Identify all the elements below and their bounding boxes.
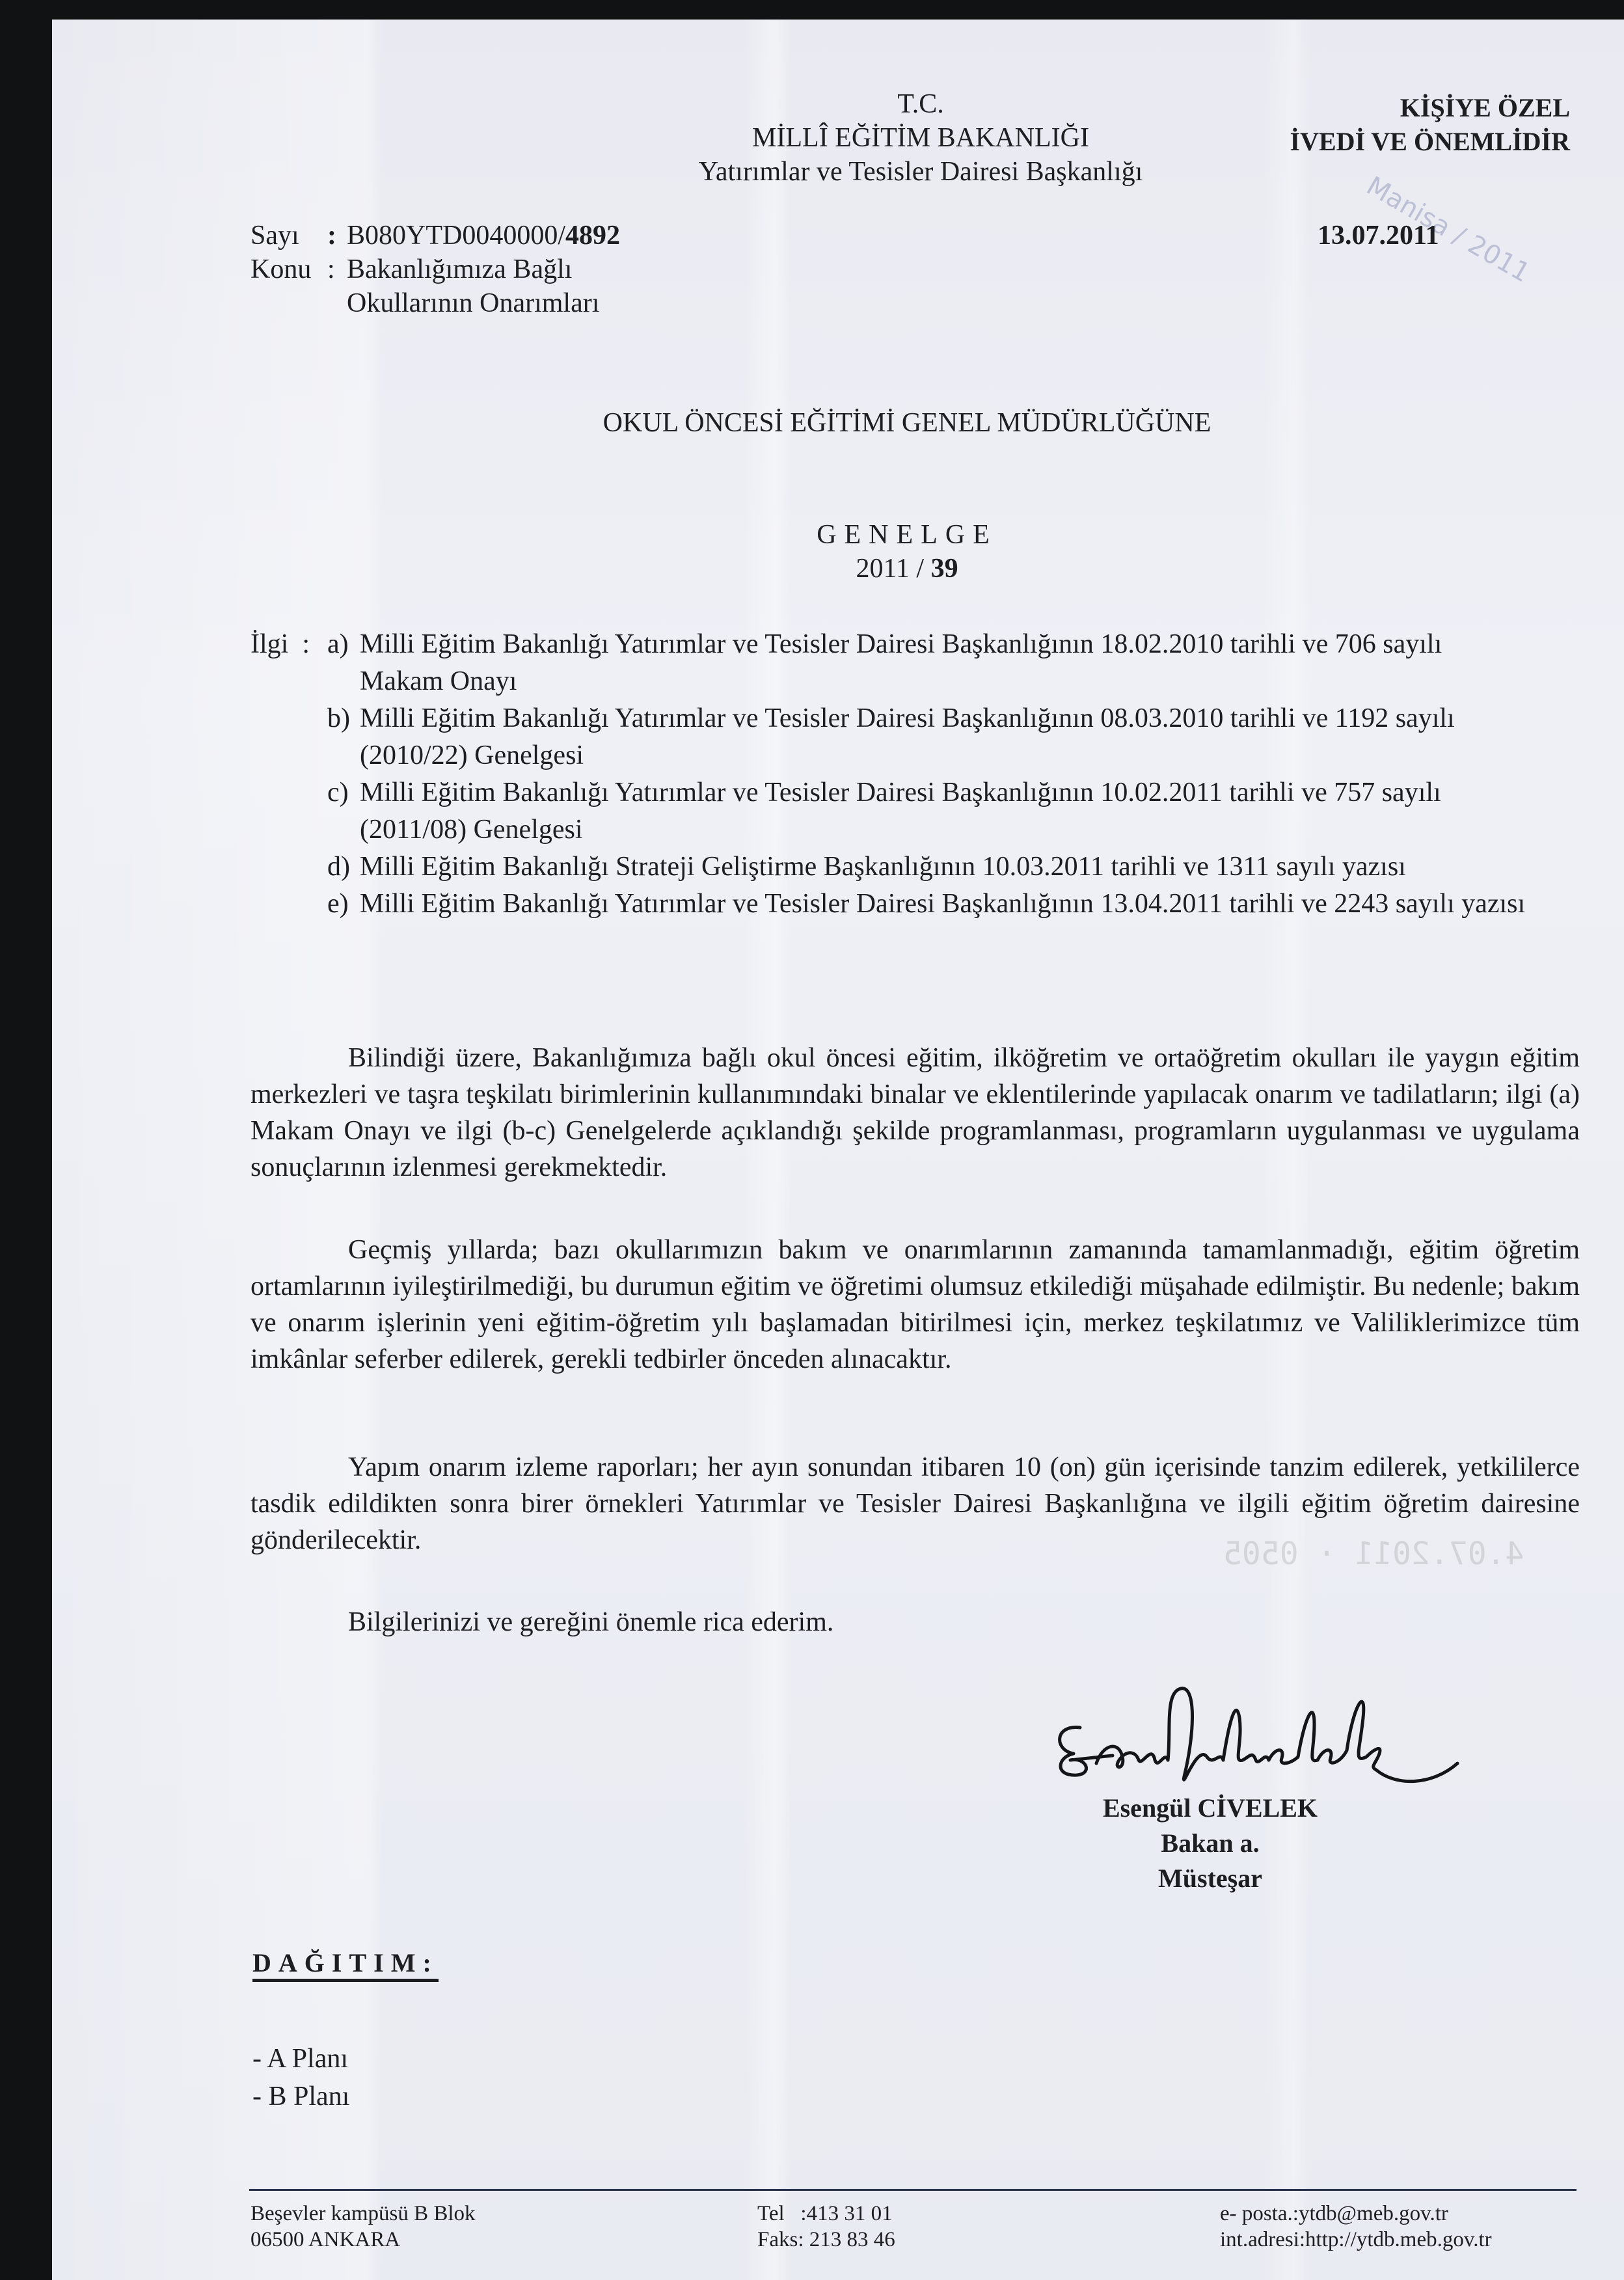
footer-contact: e- posta.:ytdb@meb.gov.tr int.adresi:htt… [1220, 2201, 1492, 2253]
subject-line-2: Okullarının Onarımları [347, 286, 599, 320]
distribution-item: - A Planı [252, 2040, 349, 2078]
number-separator: : [327, 219, 347, 252]
distribution-title: DAĞITIM: [252, 1949, 439, 1982]
classification-urgent: İVEDİ VE ÖNEMLİDİR [1290, 125, 1570, 159]
reference-letter: b) [327, 700, 360, 774]
references-label: İlgi : [250, 626, 327, 700]
circular-no: 39 [931, 554, 958, 584]
closing-line: Bilgilerinizi ve gereğini önemle rica ed… [250, 1604, 1580, 1640]
number-label: Sayı [250, 219, 327, 252]
reference-letter: c) [327, 774, 360, 848]
footer-address: Beşevler kampüsü B Blok 06500 ANKARA [250, 2201, 476, 2253]
number-row: Sayı : B080YTD0040000/4892 [250, 219, 620, 252]
subject-separator: : [327, 252, 347, 286]
body-paragraph-2: Geçmiş yıllarda; bazı okullarımızın bakı… [250, 1232, 1580, 1377]
subject-line-1: Bakanlığımıza Bağlı [347, 252, 572, 286]
footer-divider [249, 2189, 1577, 2191]
circular-heading: GENELGE 2011 / 39 [0, 518, 1624, 586]
circular-year: 2011 / [856, 554, 930, 584]
distribution-list: - A Planı - B Planı [252, 2040, 349, 2115]
phone-number: Tel :413 31 01 [757, 2201, 895, 2227]
signatory-block: Esengül CİVELEK Bakan a. Müsteşar [1067, 1791, 1353, 1896]
number-suffix: 4892 [565, 221, 620, 251]
reference-text: Milli Eğitim Bakanlığı Yatırımlar ve Tes… [360, 626, 1526, 700]
document-date: 13.07.2011 [1318, 219, 1439, 252]
circular-number: 2011 / 39 [0, 552, 1624, 586]
fax-number: Faks: 213 83 46 [757, 2227, 895, 2253]
reference-item: d) Milli Eğitim Bakanlığı Strateji Geliş… [250, 848, 1526, 886]
address-line-1: Beşevler kampüsü B Blok [250, 2201, 476, 2227]
email-link[interactable]: e- posta.:ytdb@meb.gov.tr [1220, 2201, 1492, 2227]
reference-letter: d) [327, 848, 360, 886]
recipient: OKUL ÖNCESİ EĞİTİMİ GENEL MÜDÜRLÜĞÜNE [0, 406, 1624, 440]
number-value: B080YTD0040000/4892 [347, 219, 620, 252]
classification-block: KİŞİYE ÖZEL İVEDİ VE ÖNEMLİDİR [1290, 91, 1570, 159]
handwritten-signature-icon [1041, 1679, 1470, 1802]
subject-label: Konu [250, 252, 327, 286]
document-meta: Sayı : B080YTD0040000/4892 Konu : Bakanl… [250, 219, 620, 320]
signatory-role-1: Bakan a. [1067, 1826, 1353, 1861]
footer-phone: Tel :413 31 01 Faks: 213 83 46 [757, 2201, 895, 2253]
distribution-item: - B Planı [252, 2078, 349, 2115]
signatory-name: Esengül CİVELEK [1067, 1791, 1353, 1826]
body-paragraph-1: Bilindiği üzere, Bakanlığımıza bağlı oku… [250, 1040, 1580, 1186]
subject-row-2: Okullarının Onarımları [250, 286, 620, 320]
subject-row: Konu : Bakanlığımıza Bağlı [250, 252, 620, 286]
number-prefix: B080YTD0040000/ [347, 221, 565, 251]
reference-item: e) Milli Eğitim Bakanlığı Yatırımlar ve … [250, 886, 1526, 923]
reference-letter: a) [327, 626, 360, 700]
reference-text: Milli Eğitim Bakanlığı Yatırımlar ve Tes… [360, 774, 1526, 848]
website-link[interactable]: int.adresi:http://ytdb.meb.gov.tr [1220, 2227, 1492, 2253]
address-line-2: 06500 ANKARA [250, 2227, 476, 2253]
signatory-role-2: Müsteşar [1067, 1861, 1353, 1896]
references: İlgi : a) Milli Eğitim Bakanlığı Yatırım… [250, 626, 1526, 923]
department-name: Yatırımlar ve Tesisler Dairesi Başkanlığ… [0, 155, 1624, 189]
reference-item: c) Milli Eğitim Bakanlığı Yatırımlar ve … [250, 774, 1526, 848]
reference-text: Milli Eğitim Bakanlığı Yatırımlar ve Tes… [360, 886, 1526, 923]
circular-title: GENELGE [0, 518, 1624, 552]
reference-item: b) Milli Eğitim Bakanlığı Yatırımlar ve … [250, 700, 1526, 774]
reference-item: İlgi : a) Milli Eğitim Bakanlığı Yatırım… [250, 626, 1526, 700]
body-paragraph-3: Yapım onarım izleme raporları; her ayın … [250, 1449, 1580, 1558]
reference-text: Milli Eğitim Bakanlığı Strateji Geliştir… [360, 848, 1526, 886]
classification-personal: KİŞİYE ÖZEL [1290, 91, 1570, 125]
reference-text: Milli Eğitim Bakanlığı Yatırımlar ve Tes… [360, 700, 1526, 774]
reference-letter: e) [327, 886, 360, 923]
